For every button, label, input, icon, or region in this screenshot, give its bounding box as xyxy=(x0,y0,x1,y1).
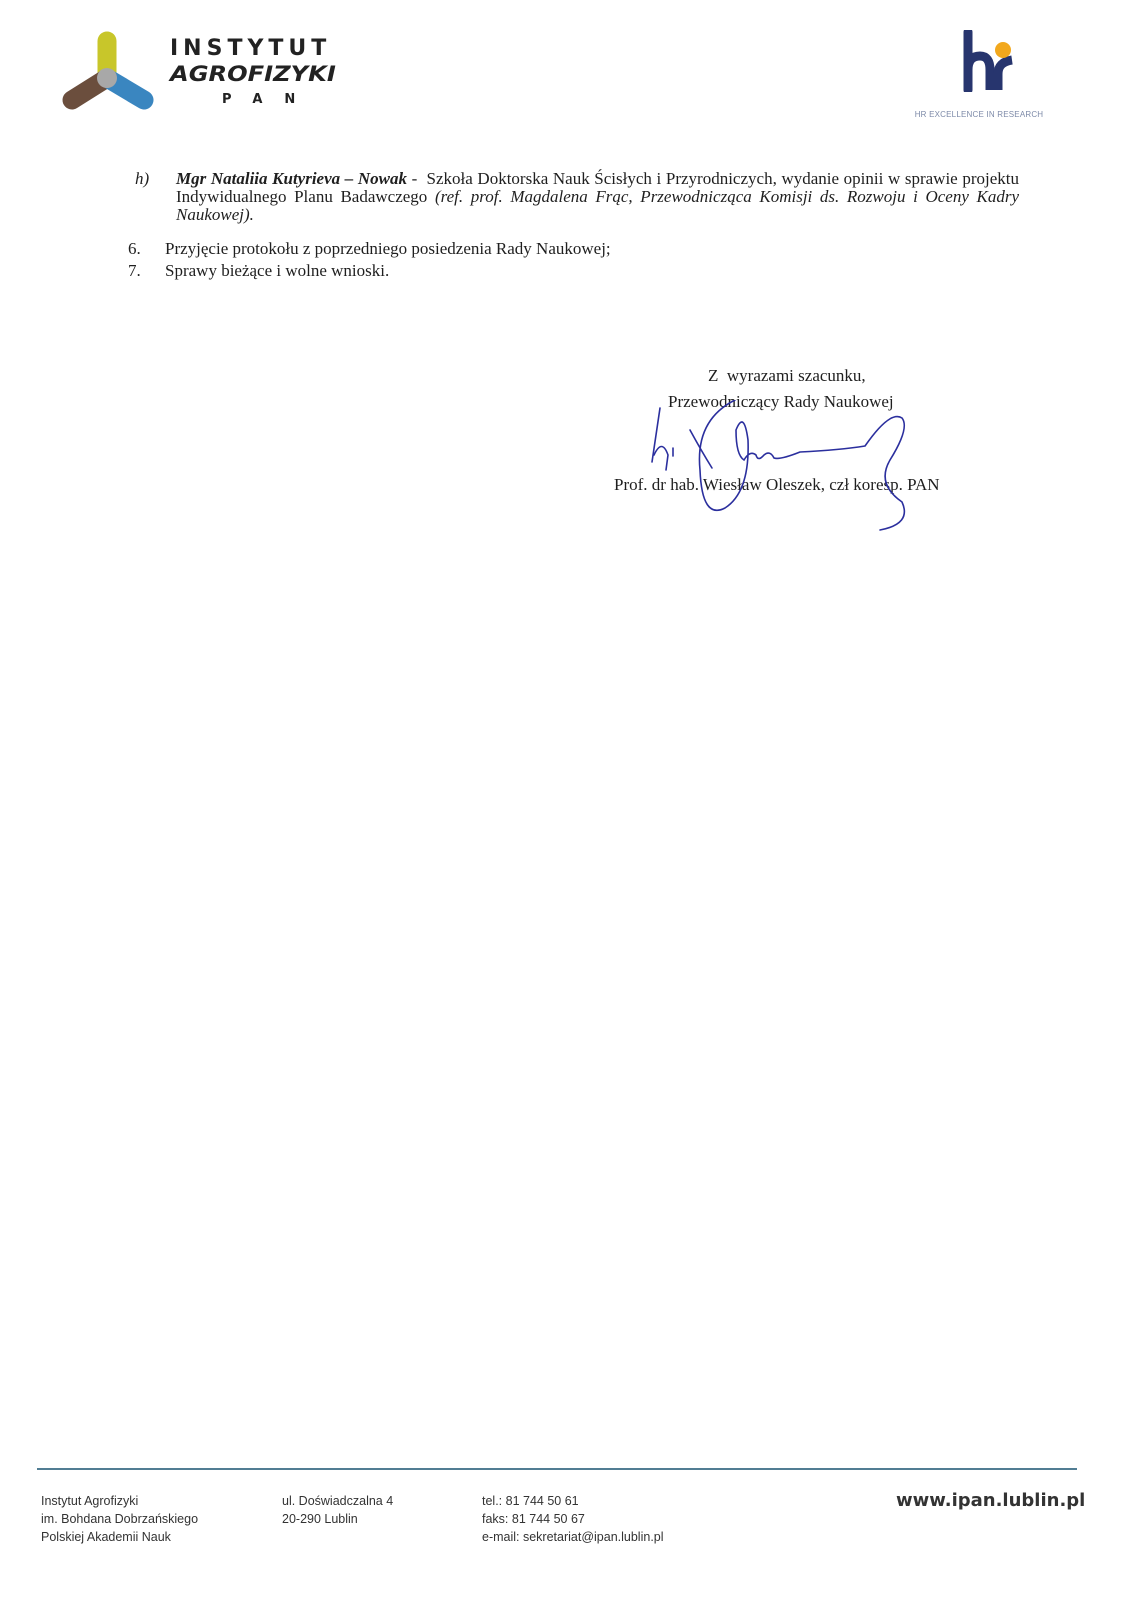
hr-caption: HR EXCELLENCE IN RESEARCH xyxy=(904,110,1054,119)
hr-excellence-icon xyxy=(962,30,1018,92)
item-content: Mgr Nataliia Kutyrieva – Nowak - Szkoła … xyxy=(176,170,1019,224)
footer-fax: faks: 81 744 50 67 xyxy=(482,1510,664,1528)
footer-address: ul. Doświadczalna 4 20-290 Lublin xyxy=(282,1492,393,1528)
item-number: 7. xyxy=(128,262,141,280)
footer-institution: Instytut Agrofizyki im. Bohdana Dobrzańs… xyxy=(41,1492,198,1546)
footer-contact: tel.: 81 744 50 61 faks: 81 744 50 67 e-… xyxy=(482,1492,664,1546)
logo-text-instytut: INSTYTUT xyxy=(170,36,331,61)
person-name: Mgr Nataliia Kutyrieva – Nowak xyxy=(176,169,407,188)
logo-text-agrofizyki: AGROFIZYKI xyxy=(170,62,336,86)
website-link[interactable]: www.ipan.lublin.pl xyxy=(896,1490,1085,1511)
handwritten-signature-icon xyxy=(640,400,940,550)
footer-line: Polskiej Akademii Nauk xyxy=(41,1528,198,1546)
footer-line: 20-290 Lublin xyxy=(282,1510,393,1528)
footer-email[interactable]: e-mail: sekretariat@ipan.lublin.pl xyxy=(482,1528,664,1546)
footer-phone: tel.: 81 744 50 61 xyxy=(482,1492,664,1510)
logo-text-pan: PAN xyxy=(222,92,317,107)
item-number: 6. xyxy=(128,240,141,258)
closing-regards: Z wyrazami szacunku, xyxy=(708,366,866,386)
institute-logo-icon xyxy=(58,28,162,118)
footer-line: Instytut Agrofizyki xyxy=(41,1492,198,1510)
footer-line: im. Bohdana Dobrzańskiego xyxy=(41,1510,198,1528)
item-text: Przyjęcie protokołu z poprzedniego posie… xyxy=(165,240,611,258)
item-separator: - xyxy=(407,169,427,188)
footer-line: ul. Doświadczalna 4 xyxy=(282,1492,393,1510)
item-label: h) xyxy=(135,170,149,188)
footer-divider xyxy=(37,1468,1077,1470)
item-text: Sprawy bieżące i wolne wnioski. xyxy=(165,262,389,280)
